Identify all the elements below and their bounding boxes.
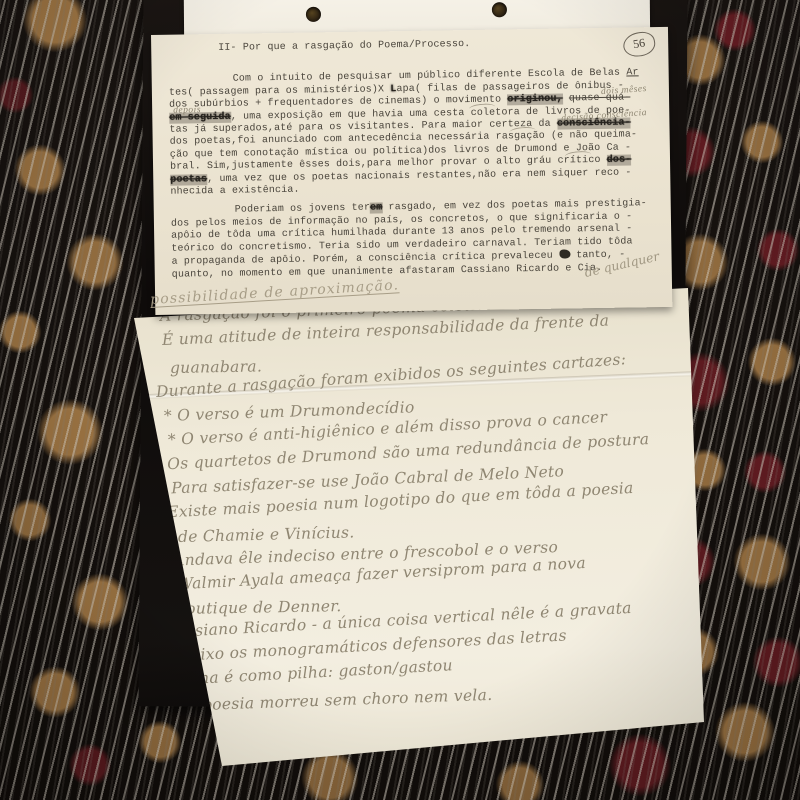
- pencil-annotation: depois: [173, 105, 201, 115]
- typed-segment: II- Por que a rasgação do Poema/Processo…: [218, 39, 470, 54]
- typed-line: II- Por que a rasgação do Poema/Processo…: [218, 36, 656, 55]
- typed-segment: Ar: [626, 68, 638, 79]
- typed-segment: dos-: [607, 155, 632, 166]
- handwritten-text-block: A rasgação foi o primeiro poema coletivo…: [142, 306, 700, 720]
- punch-hole-icon: [492, 2, 507, 17]
- typed-segment: nhecida a existência.: [170, 185, 299, 198]
- pencil-note-bottom: possibilidade de aproximação.: [150, 277, 400, 308]
- typed-page: 56 II- Por que a rasgação do Poema/Proce…: [151, 27, 672, 315]
- typed-segment: em: [370, 203, 382, 214]
- typed-segment: Poderiam os jovens ter: [235, 203, 370, 216]
- pencil-annotation: dois mêses: [601, 84, 647, 97]
- ink-blot: [559, 250, 570, 259]
- handwritten-page: A rasgação foi o primeiro poema coletivo…: [128, 284, 706, 770]
- punch-hole-icon: [306, 7, 321, 22]
- typed-segment: originou,: [507, 94, 563, 106]
- photo-of-document: { "badge": {"label": "56"}, "typed_page"…: [0, 0, 800, 800]
- typed-text-block: II- Por que a rasgação do Poema/Processo…: [151, 27, 672, 282]
- typed-segment: poetas: [170, 174, 207, 186]
